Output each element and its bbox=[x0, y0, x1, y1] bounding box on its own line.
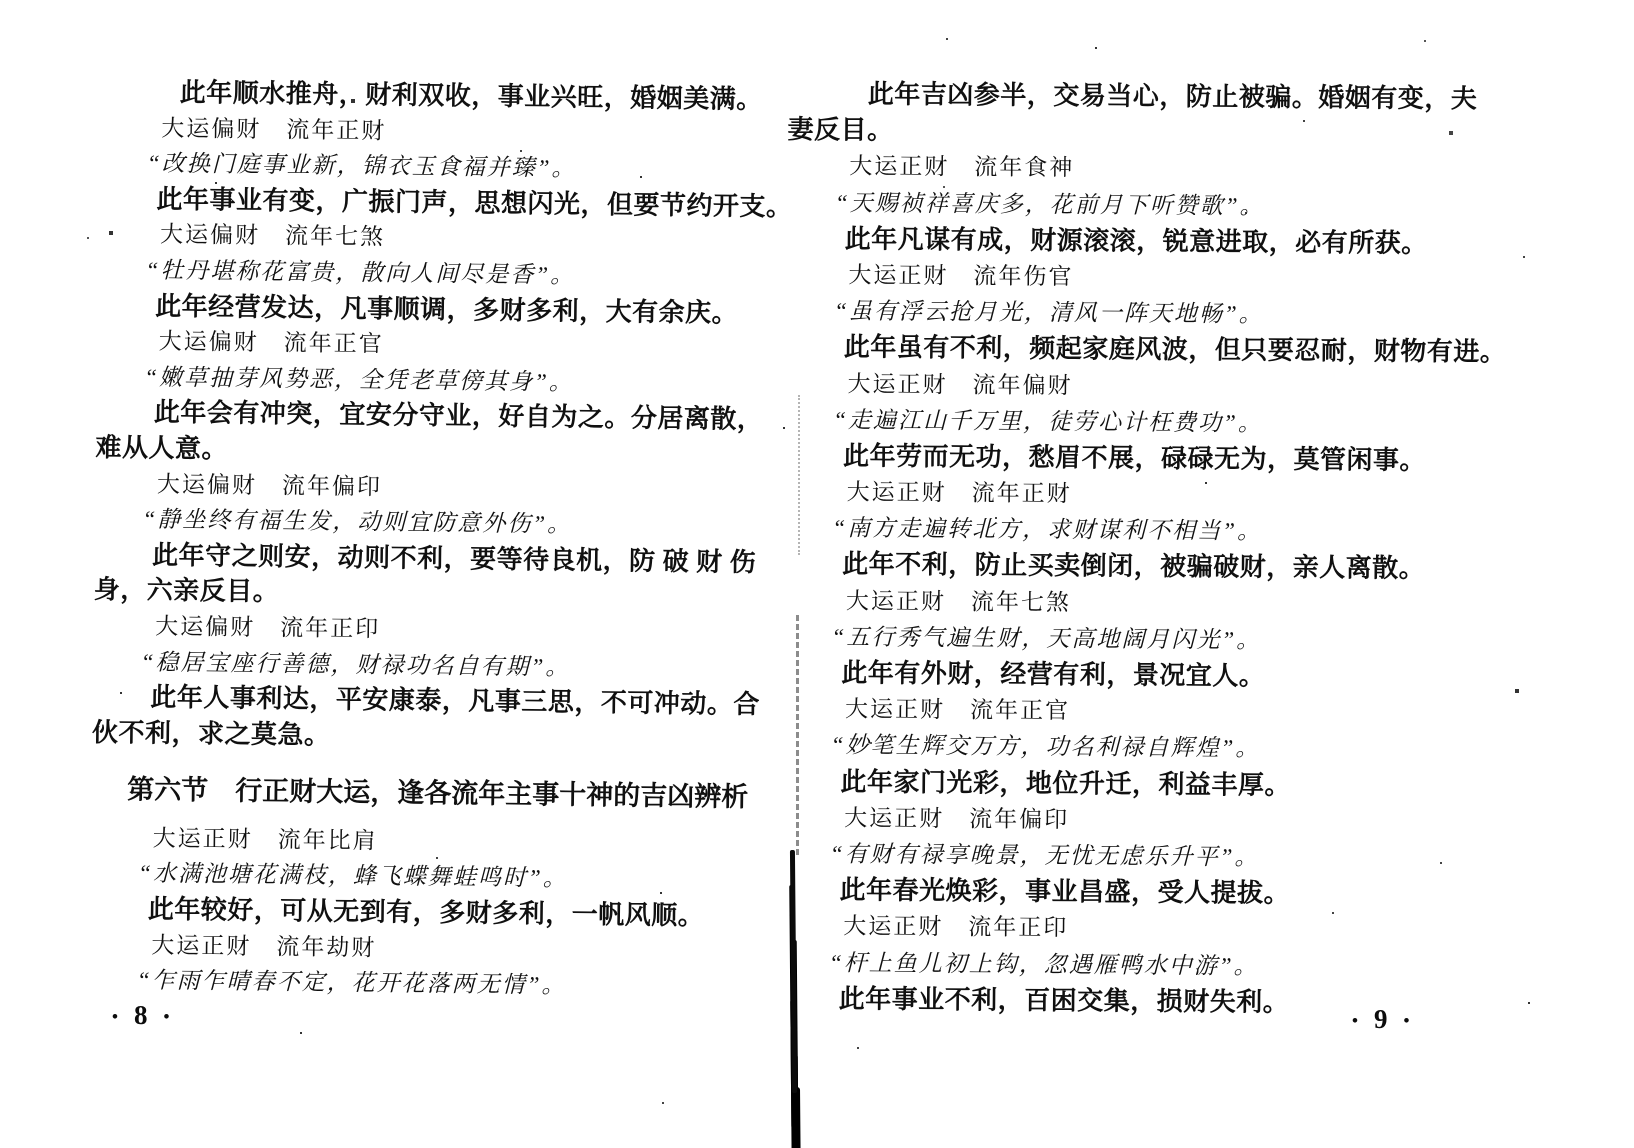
section-heading: 第六节 行正财大运，逢各流年主事十神的吉凶辨析 bbox=[91, 772, 746, 816]
page-number-dot: • bbox=[163, 1008, 169, 1025]
right-page: 此年吉凶参半，交易当心，防止被骗。婚姻有变，夫妻反目。大运正财 流年食神“天赐祯… bbox=[781, 76, 1448, 1022]
text-line: “乍雨乍晴春不定，花开花落两无情”。 bbox=[89, 962, 744, 1006]
text-line: 大运正财 流年正官 bbox=[783, 691, 1443, 732]
page-number-dot: • bbox=[1352, 1012, 1358, 1029]
text-line: “走遍江山千万里，徒劳心计枉费功”。 bbox=[785, 402, 1445, 443]
book-spine-shadow bbox=[796, 615, 799, 855]
text-line: 此年事业不利，百困交集，损财失利。 bbox=[781, 981, 1441, 1022]
text-line: 此年有外财，经营有利，景况宜人。 bbox=[783, 655, 1443, 696]
page-number-value: 8 bbox=[134, 1000, 148, 1031]
text-line: 此年凡谋有成，财源滚滚，锐意进取，必有所获。 bbox=[787, 221, 1447, 262]
text-line: 大运正财 流年偏财 bbox=[785, 365, 1445, 406]
right-page-text: 此年吉凶参半，交易当心，防止被骗。婚姻有变，夫妻反目。大运正财 流年食神“天赐祯… bbox=[781, 76, 1448, 1022]
text-line: “妙笔生辉交万方，功名利禄自辉煌”。 bbox=[783, 727, 1443, 768]
page-number-value: 9 bbox=[1374, 1004, 1388, 1035]
text-line: “虽有浮云抢月光，清风一阵天地畅”。 bbox=[786, 293, 1446, 334]
text-line: 大运正财 流年正印 bbox=[781, 908, 1441, 949]
text-line: 大运正财 流年七煞 bbox=[784, 583, 1444, 624]
text-line: 此年家门光彩，地位升迁，利益丰厚。 bbox=[782, 764, 1442, 805]
text-line: 大运正财 流年正财 bbox=[785, 474, 1445, 515]
page-number-dot: • bbox=[1403, 1012, 1409, 1029]
book-spine-shadow-faint bbox=[798, 395, 800, 555]
text-line: 此年吉凶参半，交易当心，防止被骗。婚姻有变，夫 bbox=[788, 76, 1448, 117]
scan-noise bbox=[0, 0, 2, 2]
text-line: 大运正财 流年偏印 bbox=[782, 800, 1442, 841]
right-page-number: • 9 • bbox=[1352, 1004, 1409, 1035]
text-line: 此年不利，防止买卖倒闭，被骗破财，亲人离散。 bbox=[784, 546, 1444, 587]
text-line: “有财有禄享晚景，无忧无虑乐升平”。 bbox=[782, 836, 1442, 877]
text-line: 此年春光焕彩，事业昌盛，受人提拔。 bbox=[781, 872, 1441, 913]
left-page-number: • 8 • bbox=[112, 1000, 169, 1031]
text-line: “南方走遍转北方，求财谋利不相当”。 bbox=[784, 510, 1444, 551]
text-line: 此年劳而无功，愁眉不展，碌碌无为，莫管闲事。 bbox=[785, 438, 1445, 479]
text-line: “杆上鱼儿初上钩，忽遇雁鸭水中游”。 bbox=[781, 944, 1441, 985]
left-page-text: 此年顺水推舟，财利双收，事业兴旺，婚姻美满。大运偏财 流年正财“改换门庭事业新，… bbox=[89, 74, 755, 1006]
text-line: 大运正财 流年伤官 bbox=[786, 257, 1446, 298]
text-line: 大运正财 流年食神 bbox=[787, 148, 1447, 189]
text-line: “五行秀气遍生财，天高地阔月闪光”。 bbox=[783, 619, 1443, 660]
book-scan: 此年顺水推舟，财利双收，事业兴旺，婚姻美满。大运偏财 流年正财“改换门庭事业新，… bbox=[0, 0, 1634, 1148]
text-line: 此年虽有不利，频起家庭风波，但只要忍耐，财物有进。 bbox=[786, 329, 1446, 370]
text-line: “天赐祯祥喜庆多，花前月下听赞歌”。 bbox=[787, 185, 1447, 226]
text-line: 妻反目。 bbox=[787, 112, 1447, 153]
page-number-dot: • bbox=[112, 1008, 118, 1025]
left-page: 此年顺水推舟，财利双收，事业兴旺，婚姻美满。大运偏财 流年正财“改换门庭事业新，… bbox=[89, 74, 755, 1006]
